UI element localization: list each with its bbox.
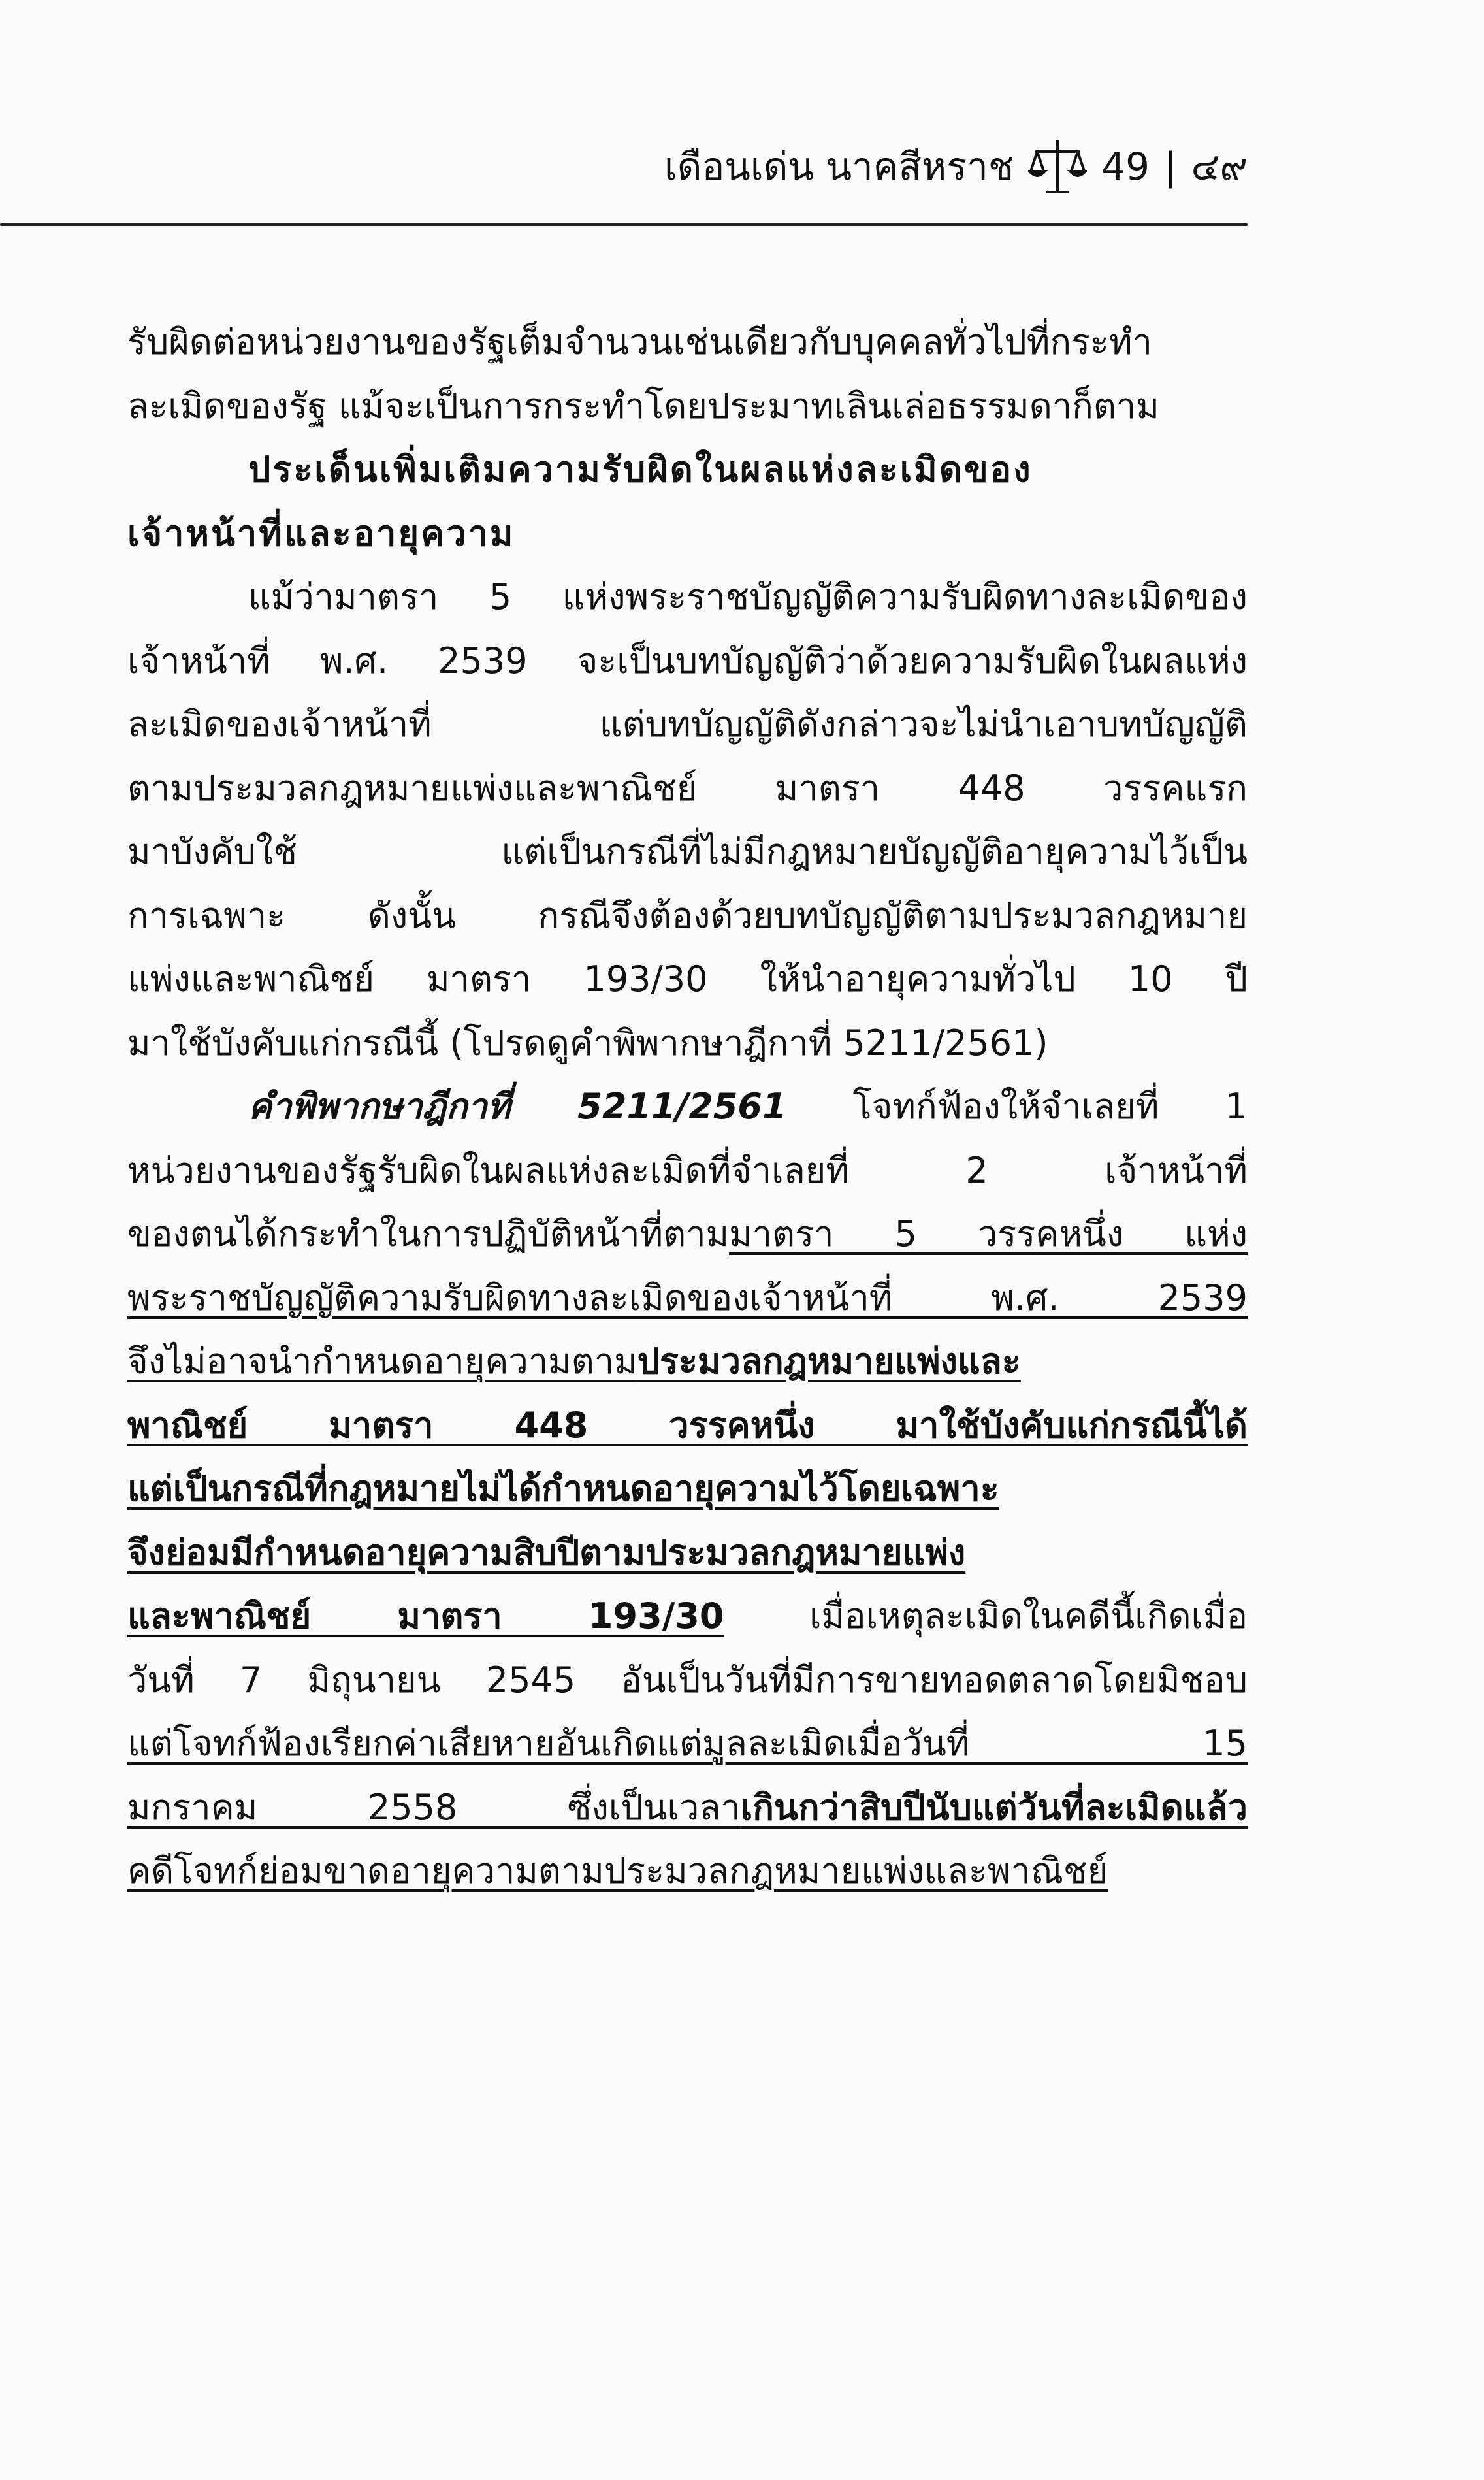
underlined-text: พระราชบัญญัติความรับผิดทางละเมิดของเจ้าห… bbox=[127, 1277, 1248, 1318]
header-content: เดือนเด่น นาคสีหราช 49 | ๔๙ bbox=[664, 137, 1248, 196]
text-segment: ประเด็นเพิ่มเติมความรับผิดในผลแห่งละเมิด… bbox=[248, 449, 1033, 490]
running-header: เดือนเด่น นาคสีหราช 49 | ๔๙ bbox=[0, 118, 1248, 229]
text-line: และพาณิชย์ มาตรา 193/30 เมื่อเหตุละเมิดใ… bbox=[127, 1584, 1248, 1648]
text-segment: ละเมิดของเจ้าหน้าที่ แต่บทบัญญัติดังกล่า… bbox=[127, 704, 1248, 745]
underlined-text: จึงย่อมมีกำหนดอายุความสิบปีตามประมวลกฎหม… bbox=[127, 1532, 965, 1573]
section-heading-line: เจ้าหน้าที่และอายุความ bbox=[127, 502, 1248, 566]
underlined-text: พาณิชย์ มาตรา 448 วรรคหนึ่ง มาใช้บังคับแ… bbox=[127, 1405, 1248, 1446]
text-line: พาณิชย์ มาตรา 448 วรรคหนึ่ง มาใช้บังคับแ… bbox=[127, 1394, 1248, 1458]
author-name: เดือนเด่น นาคสีหราช bbox=[664, 137, 1014, 196]
text-segment: แม้ว่ามาตรา 5 แห่งพระราชบัญญัติความรับผิ… bbox=[248, 576, 1248, 617]
underlined-text: และพาณิชย์ มาตรา 193/30 bbox=[127, 1595, 724, 1637]
text-line: จึงย่อมมีกำหนดอายุความสิบปีตามประมวลกฎหม… bbox=[127, 1521, 1248, 1585]
underlined-text: แต่เป็นกรณีที่กฎหมายไม่ได้กำหนดอายุความไ… bbox=[127, 1468, 999, 1509]
text-segment: ตามประมวลกฎหมายแพ่งและพาณิชย์ มาตรา 448 … bbox=[127, 768, 1248, 809]
underlined-text: มาตรา 5 วรรคหนึ่ง แห่ง bbox=[729, 1213, 1248, 1254]
text-segment: ละเมิดของรัฐ แม้จะเป็นการกระทำโดยประมาทเ… bbox=[127, 385, 1159, 427]
text-line: มาบังคับใช้ แต่เป็นกรณีที่ไม่มีกฎหมายบัญ… bbox=[127, 820, 1248, 884]
text-segment: มาใช้บังคับแก่กรณีนี้ (โปรดดูคำพิพากษาฎี… bbox=[127, 1022, 1048, 1064]
text-line: ละเมิดของเจ้าหน้าที่ แต่บทบัญญัติดังกล่า… bbox=[127, 693, 1248, 757]
text-line: วันที่ 7 มิถุนายน 2545 อันเป็นวันที่มีกา… bbox=[127, 1648, 1248, 1712]
text-segment: การเฉพาะ ดังนั้น กรณีจึงต้องด้วยบทบัญญัต… bbox=[127, 895, 1248, 936]
text-segment: ของตนได้กระทำในการปฏิบัติหน้าที่ตาม bbox=[127, 1213, 729, 1254]
text-line: การเฉพาะ ดังนั้น กรณีจึงต้องด้วยบทบัญญัต… bbox=[127, 884, 1248, 948]
text-segment: แพ่งและพาณิชย์ มาตรา 193/30 ให้นำอายุควา… bbox=[127, 958, 1248, 1000]
text-line: รับผิดต่อหน่วยงานของรัฐเต็มจำนวนเช่นเดีย… bbox=[127, 310, 1248, 374]
underlined-text: ประมวลกฎหมายแพ่งและ bbox=[637, 1341, 1021, 1382]
text-line: พระราชบัญญัติความรับผิดทางละเมิดของเจ้าห… bbox=[127, 1266, 1248, 1330]
underlined-text: คดีโจทก์ย่อมขาดอายุความตามประมวลกฎหมายแพ… bbox=[127, 1850, 1108, 1891]
underlined-text: มกราคม 2558 ซึ่งเป็นเวลา bbox=[127, 1787, 741, 1828]
text-segment: เจ้าหน้าที่ พ.ศ. 2539 จะเป็นบทบัญญัติว่า… bbox=[127, 640, 1248, 681]
text-line: หน่วยงานของรัฐรับผิดในผลแห่งละเมิดที่จำเ… bbox=[127, 1139, 1248, 1203]
text-line: แต่โจทก์ฟ้องเรียกค่าเสียหายอันเกิดแต่มูล… bbox=[127, 1712, 1248, 1776]
page-number-arabic: 49 bbox=[1101, 137, 1150, 196]
text-line: ละเมิดของรัฐ แม้จะเป็นการกระทำโดยประมาทเ… bbox=[127, 374, 1248, 438]
underlined-text: แต่โจทก์ฟ้องเรียกค่าเสียหายอันเกิดแต่มูล… bbox=[127, 1723, 1248, 1764]
case-citation: คำพิพากษาฎีกาที่ 5211/2561 bbox=[248, 1086, 787, 1127]
text-line: แพ่งและพาณิชย์ มาตรา 193/30 ให้นำอายุควา… bbox=[127, 947, 1248, 1011]
text-segment: วันที่ 7 มิถุนายน 2545 อันเป็นวันที่มีกา… bbox=[127, 1659, 1248, 1701]
text-segment: เมื่อเหตุละเมิดในคดีนี้เกิดเมื่อ bbox=[724, 1595, 1248, 1637]
section-heading-line: ประเด็นเพิ่มเติมความรับผิดในผลแห่งละเมิด… bbox=[127, 438, 1248, 502]
text-segment: หน่วยงานของรัฐรับผิดในผลแห่งละเมิดที่จำเ… bbox=[127, 1150, 1248, 1191]
text-line: แต่เป็นกรณีที่กฎหมายไม่ได้กำหนดอายุความไ… bbox=[127, 1457, 1248, 1521]
text-line: ของตนได้กระทำในการปฏิบัติหน้าที่ตามมาตรา… bbox=[127, 1202, 1248, 1266]
header-rule bbox=[0, 223, 1248, 226]
page-number-separator: | bbox=[1164, 137, 1177, 196]
text-line: เจ้าหน้าที่ พ.ศ. 2539 จะเป็นบทบัญญัติว่า… bbox=[127, 629, 1248, 693]
text-line: ตามประมวลกฎหมายแพ่งและพาณิชย์ มาตรา 448 … bbox=[127, 757, 1248, 821]
text-segment: เจ้าหน้าที่และอายุความ bbox=[127, 513, 515, 554]
text-segment: มาบังคับใช้ แต่เป็นกรณีที่ไม่มีกฎหมายบัญ… bbox=[127, 831, 1248, 872]
scales-of-justice-icon bbox=[1028, 137, 1087, 196]
underlined-text: เกินกว่าสิบปีนับแต่วันที่ละเมิดแล้ว bbox=[741, 1787, 1248, 1828]
text-segment: รับผิดต่อหน่วยงานของรัฐเต็มจำนวนเช่นเดีย… bbox=[127, 321, 1152, 363]
text-line: จึงไม่อาจนำกำหนดอายุความตามประมวลกฎหมายแ… bbox=[127, 1330, 1248, 1394]
underlined-text: จึงไม่อาจนำกำหนดอายุความตาม bbox=[127, 1341, 637, 1382]
text-line: คำพิพากษาฎีกาที่ 5211/2561 โจทก์ฟ้องให้จ… bbox=[127, 1075, 1248, 1139]
text-line: มาใช้บังคับแก่กรณีนี้ (โปรดดูคำพิพากษาฎี… bbox=[127, 1011, 1248, 1075]
text-line: แม้ว่ามาตรา 5 แห่งพระราชบัญญัติความรับผิ… bbox=[127, 565, 1248, 629]
page-number-thai: ๔๙ bbox=[1191, 137, 1248, 196]
text-segment: โจทก์ฟ้องให้จำเลยที่ 1 bbox=[787, 1086, 1248, 1127]
text-line: คดีโจทก์ย่อมขาดอายุความตามประมวลกฎหมายแพ… bbox=[127, 1839, 1248, 1903]
text-line: มกราคม 2558 ซึ่งเป็นเวลาเกินกว่าสิบปีนับ… bbox=[127, 1776, 1248, 1840]
body-text: รับผิดต่อหน่วยงานของรัฐเต็มจำนวนเช่นเดีย… bbox=[127, 310, 1248, 1903]
